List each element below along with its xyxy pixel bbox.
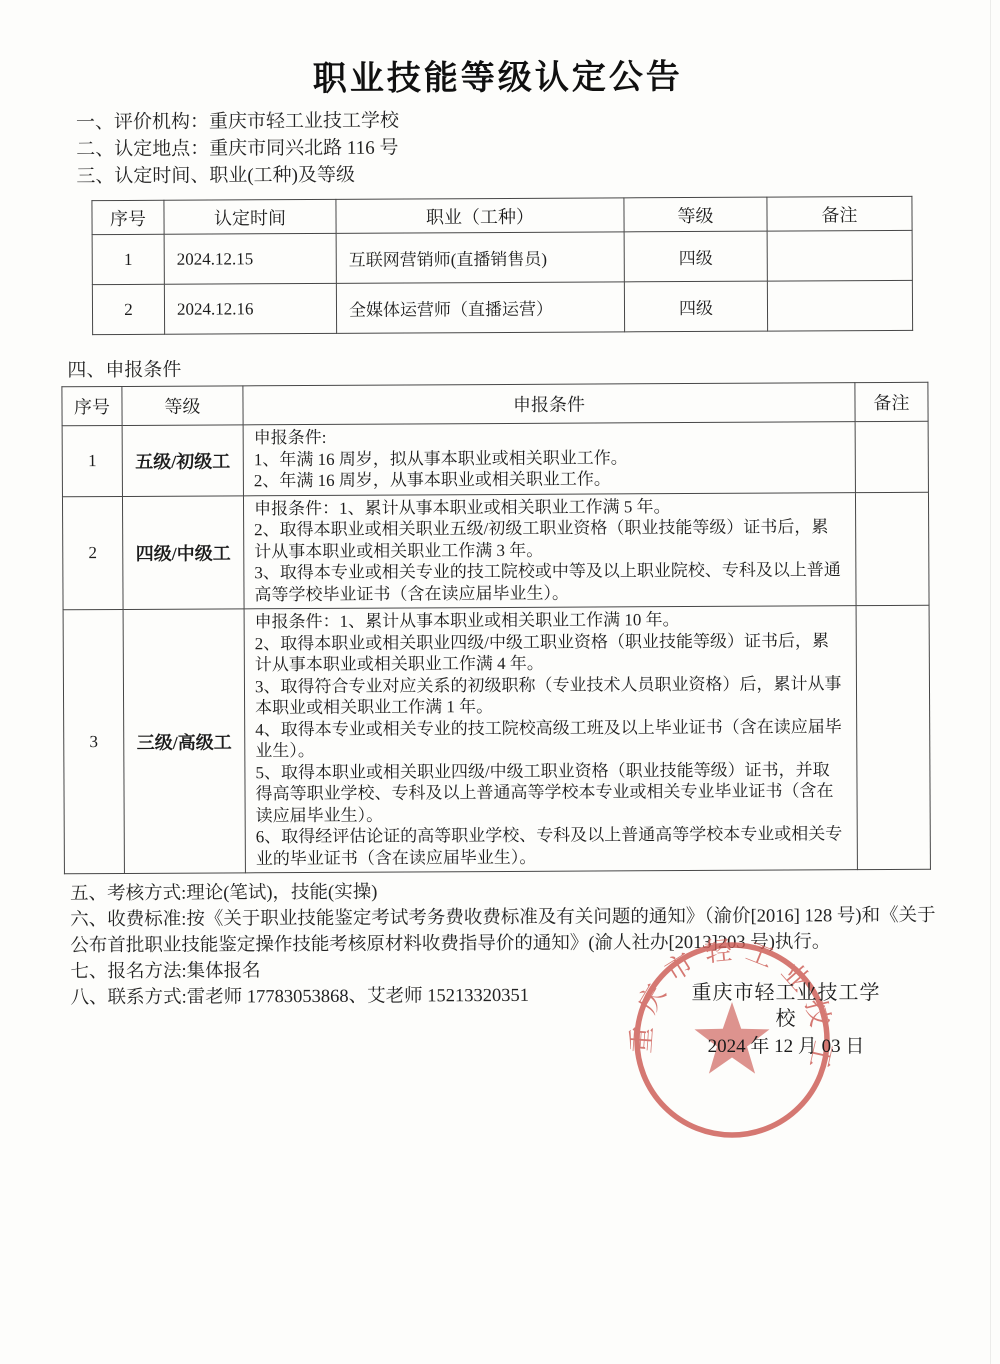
condition-line: 3、取得符合专业对应关系的初级职称（专业技术人员职业资格）后，累计从事本职业或相… bbox=[255, 673, 846, 719]
schedule-table: 序号 认定时间 职业（工种） 等级 备注 1 2024.12.15 互联网营销师… bbox=[91, 196, 913, 335]
schedule-header-no: 序号 bbox=[92, 200, 164, 234]
conditions-row-3: 3 三级/高级工 申报条件：1、累计从事本职业或相关职业工作满 10 年。 2、… bbox=[63, 605, 930, 874]
seal-star-icon bbox=[695, 1002, 770, 1074]
schedule-row2-date: 2024.12.16 bbox=[164, 283, 336, 334]
conditions-row1-level: 五级/初级工 bbox=[122, 425, 243, 496]
schedule-row2-level: 四级 bbox=[624, 281, 767, 332]
schedule-header-date: 认定时间 bbox=[164, 199, 336, 234]
signature-date: 2024 年 12 月 03 日 bbox=[688, 1032, 884, 1062]
schedule-row2-no: 2 bbox=[92, 284, 164, 334]
conditions-row2-remark bbox=[855, 492, 929, 606]
conditions-row2-level: 四级/中级工 bbox=[122, 495, 244, 609]
condition-line: 1、年满 16 周岁，拟从事本职业或相关职业工作。 bbox=[254, 446, 845, 471]
note-fee-standard: 六、收费标准:按《关于职业技能鉴定考试考务费收费标准及有关问题的通知》（渝价[2… bbox=[70, 903, 942, 960]
condition-line: 2、取得本职业或相关职业五级/初级工职业资格（职业技能等级）证书后，累计从事本职… bbox=[254, 516, 845, 562]
schedule-header-remark: 备注 bbox=[767, 196, 912, 231]
schedule-row2-remark bbox=[767, 280, 912, 331]
conditions-row-2: 2 四级/中级工 申报条件：1、累计从事本职业或相关职业工作满 5 年。 2、取… bbox=[62, 492, 929, 610]
conditions-heading: 四、申报条件 bbox=[67, 350, 999, 382]
intro-item-schedule: 三、认定时间、职业(工种)及等级 bbox=[76, 158, 998, 190]
schedule-header-level: 等级 bbox=[624, 197, 767, 232]
note-contact: 八、联系方式:雷老师 17783053868、艾老师 15213320351 bbox=[71, 981, 943, 1012]
schedule-row1-occupation: 互联网营销师(直播销售员) bbox=[336, 232, 624, 284]
conditions-row2-no: 2 bbox=[62, 496, 123, 610]
schedule-header-occupation: 职业（工种） bbox=[336, 198, 624, 234]
conditions-row1-remark bbox=[855, 421, 928, 492]
conditions-header-row: 序号 等级 申报条件 备注 bbox=[62, 382, 928, 426]
schedule-header-row: 序号 认定时间 职业（工种） 等级 备注 bbox=[92, 196, 912, 234]
condition-line: 申报条件: bbox=[254, 424, 845, 449]
schedule-row1-date: 2024.12.15 bbox=[164, 233, 336, 284]
conditions-row2-text: 申报条件：1、累计从事本职业或相关职业工作满 5 年。 2、取得本职业或相关职业… bbox=[243, 492, 856, 609]
conditions-row3-remark bbox=[856, 605, 930, 869]
conditions-header-remark: 备注 bbox=[855, 382, 928, 421]
conditions-row3-level: 三级/高级工 bbox=[123, 609, 245, 874]
notes-list: 五、考核方式:理论(笔试)，技能(实操) 六、收费标准:按《关于职业技能鉴定考试… bbox=[70, 877, 943, 1012]
schedule-row1-no: 1 bbox=[92, 234, 164, 284]
condition-line: 5、取得本职业或相关职业四级/中级工职业资格（职业技能等级）证书，并取得高等职业… bbox=[255, 759, 846, 827]
schedule-row2-occupation: 全媒体运营师（直播运营） bbox=[336, 282, 624, 334]
condition-line: 6、取得经评估论证的高等职业学校、专科及以上普通高等学校本专业或相关专业的毕业证… bbox=[256, 823, 847, 869]
conditions-header-level: 等级 bbox=[122, 386, 243, 426]
conditions-row1-text: 申报条件: 1、年满 16 周岁，拟从事本职业或相关职业工作。 2、年满 16 … bbox=[243, 422, 855, 496]
schedule-row-2: 2 2024.12.16 全媒体运营师（直播运营） 四级 bbox=[92, 280, 912, 334]
condition-line: 2、年满 16 周岁，从事本职业或相关职业工作。 bbox=[254, 467, 845, 492]
condition-line: 4、取得本专业或相关专业的技工院校高级工班及以上毕业证书（含在读应届毕业生）。 bbox=[255, 716, 846, 762]
document-content: 职业技能等级认定公告 一、评价机构：重庆市轻工业技工学校 二、认定地点：重庆市同… bbox=[0, 0, 1000, 1012]
conditions-table: 序号 等级 申报条件 备注 1 五级/初级工 申报条件: 1、年满 16 周岁，… bbox=[61, 382, 931, 875]
intro-list: 一、评价机构：重庆市轻工业技工学校 二、认定地点：重庆市同兴北路 116 号 三… bbox=[76, 104, 998, 190]
page-title: 职业技能等级认定公告 bbox=[0, 0, 998, 102]
condition-line: 申报条件：1、累计从事本职业或相关职业工作满 5 年。 bbox=[254, 495, 845, 520]
condition-line: 3、取得本专业或相关专业的技工院校或中等及以上职业院校、专科及以上普通高等学校毕… bbox=[254, 559, 845, 605]
schedule-row1-level: 四级 bbox=[624, 231, 767, 282]
condition-line: 2、取得本职业或相关职业四级/中级工职业资格（职业技能等级）证书后，累计从事本职… bbox=[255, 630, 846, 676]
schedule-row-1: 1 2024.12.15 互联网营销师(直播销售员) 四级 bbox=[92, 230, 912, 284]
conditions-row-1: 1 五级/初级工 申报条件: 1、年满 16 周岁，拟从事本职业或相关职业工作。… bbox=[62, 421, 928, 496]
conditions-row3-no: 3 bbox=[63, 609, 124, 873]
conditions-row1-no: 1 bbox=[62, 425, 122, 496]
conditions-header-no: 序号 bbox=[62, 386, 122, 425]
schedule-row1-remark bbox=[767, 230, 912, 281]
scanned-page: 职业技能等级认定公告 一、评价机构：重庆市轻工业技工学校 二、认定地点：重庆市同… bbox=[0, 0, 1000, 1364]
condition-line: 申报条件：1、累计从事本职业或相关职业工作满 10 年。 bbox=[255, 608, 846, 633]
conditions-row3-text: 申报条件：1、累计从事本职业或相关职业工作满 10 年。 2、取得本职业或相关职… bbox=[244, 606, 857, 873]
conditions-header-conditions: 申报条件 bbox=[243, 383, 855, 425]
